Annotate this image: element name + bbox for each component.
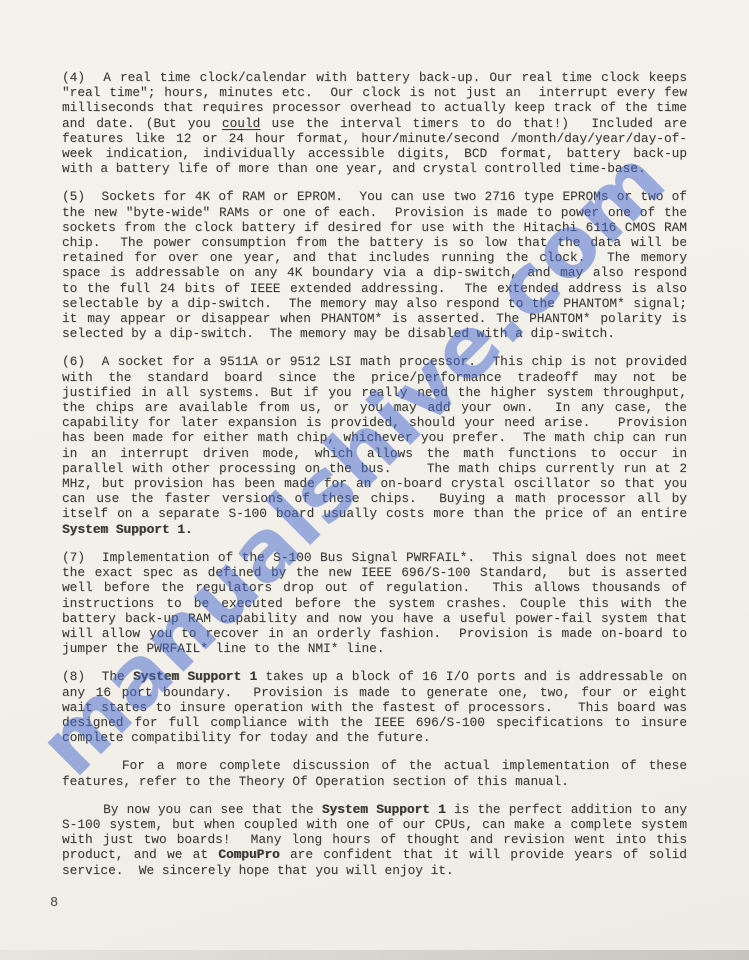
text-line: MHz, but provision has been made for an … — [62, 476, 687, 491]
text-line: milliseconds that requires processor ove… — [62, 100, 687, 115]
text-line: with a battery life of more than one yea… — [62, 161, 687, 176]
paragraph-2: (5) Sockets for 4K of RAM or EPROM. You … — [62, 189, 687, 341]
text-line: (5) Sockets for 4K of RAM or EPROM. You … — [62, 189, 687, 204]
text-line: with just two boards! Many long hours of… — [62, 832, 687, 847]
paragraph-7: By now you can see that the System Suppo… — [62, 802, 687, 878]
text-line: "real time"; hours, minutes etc. Our clo… — [62, 85, 687, 100]
text-line: the chips are available from us, or you … — [62, 400, 687, 415]
text-line: capability for later expansion is provid… — [62, 415, 687, 430]
text-line: By now you can see that the System Suppo… — [62, 802, 687, 817]
text-line: selected by a dip-switch. The memory may… — [62, 326, 687, 341]
text-line: any 16 port boundary. Provision is made … — [62, 685, 687, 700]
text-line: the new "byte-wide" RAMs or one of each.… — [62, 205, 687, 220]
text-line: battery back-up RAM capability and now y… — [62, 611, 687, 626]
text-line: justified in all systems. But if you rea… — [62, 385, 687, 400]
text-line: to the full 24 bits of IEEE extended add… — [62, 281, 687, 296]
document-content: (4) A real time clock/calendar with batt… — [62, 70, 687, 891]
text-line: in an interrupt driven mode, which allow… — [62, 446, 687, 461]
text-line: with the standard board since the price/… — [62, 370, 687, 385]
text-line: the exact spec as defined by the new IEE… — [62, 565, 687, 580]
text-line: instructions to be executed before the s… — [62, 596, 687, 611]
text-line: it may appear or disappear when PHANTOM*… — [62, 311, 687, 326]
text-line: itself on a separate S-100 board usually… — [62, 506, 687, 521]
text-line: and date. (But you could use the interva… — [62, 116, 687, 131]
page-number: 8 — [50, 896, 58, 911]
scanned-manual-page: (4) A real time clock/calendar with batt… — [0, 0, 749, 960]
text-line: complete compatibility for today and the… — [62, 730, 687, 745]
paragraph-3: (6) A socket for a 9511A or 9512 LSI mat… — [62, 354, 687, 536]
text-line: well before the regulators drop out of r… — [62, 580, 687, 595]
text-line: can use the faster versions of these chi… — [62, 491, 687, 506]
text-line: (8) The System Support 1 takes up a bloc… — [62, 669, 687, 684]
text-line: wait states to insure operation with the… — [62, 700, 687, 715]
text-line: S-100 system, but when coupled with one … — [62, 817, 687, 832]
text-line: (7) Implementation of the S-100 Bus Sign… — [62, 550, 687, 565]
paragraph-5: (8) The System Support 1 takes up a bloc… — [62, 669, 687, 745]
text-line: (4) A real time clock/calendar with batt… — [62, 70, 687, 85]
text-line: System Support 1. — [62, 522, 687, 537]
text-line: selectable by a dip-switch. The memory m… — [62, 296, 687, 311]
text-line: features, refer to the Theory Of Operati… — [62, 774, 687, 789]
text-line: retained for over one year, and that inc… — [62, 250, 687, 265]
text-line: will allow you to recover in an orderly … — [62, 626, 687, 641]
text-line: designed for full compliance with the IE… — [62, 715, 687, 730]
paragraph-4: (7) Implementation of the S-100 Bus Sign… — [62, 550, 687, 656]
text-line: sockets from the clock battery if desire… — [62, 220, 687, 235]
text-line: (6) A socket for a 9511A or 9512 LSI mat… — [62, 354, 687, 369]
text-line: For a more complete discussion of the ac… — [62, 758, 687, 773]
text-line: features like 12 or 24 hour format, hour… — [62, 131, 687, 146]
text-line: jumper the PWRFAIL* line to the NMI* lin… — [62, 641, 687, 656]
text-line: product, and we at CompuPro are confiden… — [62, 847, 687, 862]
text-line: service. We sincerely hope that you will… — [62, 863, 687, 878]
text-line: chip. The power consumption from the bat… — [62, 235, 687, 250]
text-line: parallel with other processing on the bu… — [62, 461, 687, 476]
text-line: week indication, individually accessible… — [62, 146, 687, 161]
paragraph-6: For a more complete discussion of the ac… — [62, 758, 687, 788]
paragraph-1: (4) A real time clock/calendar with batt… — [62, 70, 687, 176]
text-line: has been made for either math chip, whic… — [62, 430, 687, 445]
text-line: space is addressable on any 4K boundary … — [62, 265, 687, 280]
